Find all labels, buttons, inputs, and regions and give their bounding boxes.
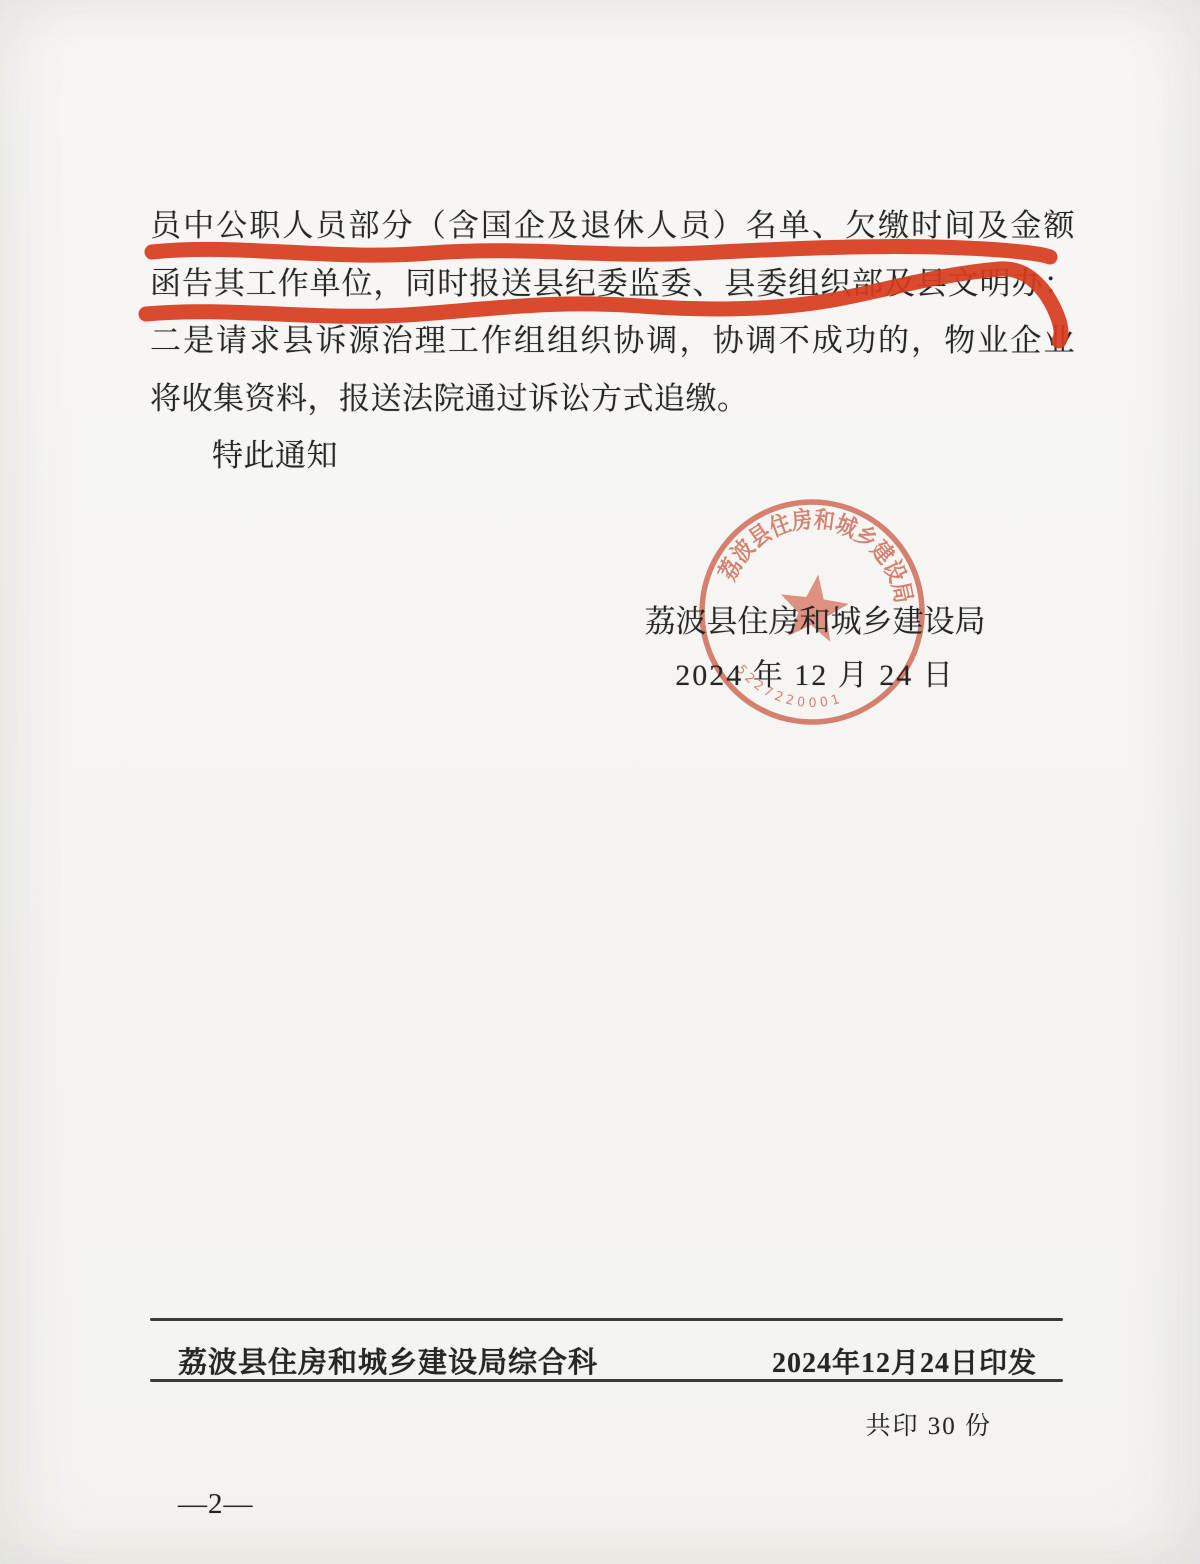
scanned-document-page: 荔波县住房和城乡建设局 5227220001 员中公职人员部分（含国企及退休人员…	[0, 0, 1200, 1564]
body-line-closing: 特此通知	[150, 427, 1075, 485]
body-line-4: 将收集资料，报送法院通过诉讼方式追缴。	[150, 370, 1075, 428]
signature-agency: 荔波县住房和城乡建设局	[640, 596, 990, 641]
footer-rule-bottom	[150, 1379, 1063, 1382]
page-number: —2—	[178, 1488, 254, 1521]
signature-date: 2024 年 12 月 24 日	[660, 650, 970, 694]
body-line-3: 二是请求县诉源治理工作组组织协调，协调不成功的，物业企业	[150, 312, 1075, 370]
document-body: 员中公职人员部分（含国企及退休人员）名单、欠缴时间及金额 函告其工作单位，同时报…	[150, 197, 1075, 485]
body-line-1: 员中公职人员部分（含国企及退休人员）名单、欠缴时间及金额	[150, 197, 1075, 255]
footer-issuer: 荔波县住房和城乡建设局综合科	[178, 1340, 598, 1381]
body-line-2: 函告其工作单位，同时报送县纪委监委、县委组织部及县文明办：	[150, 255, 1075, 313]
footer-rule-top	[150, 1318, 1063, 1321]
footer-print-date: 2024年12月24日印发	[772, 1341, 1037, 1381]
footer-copies-count: 共印 30 份	[865, 1406, 992, 1442]
